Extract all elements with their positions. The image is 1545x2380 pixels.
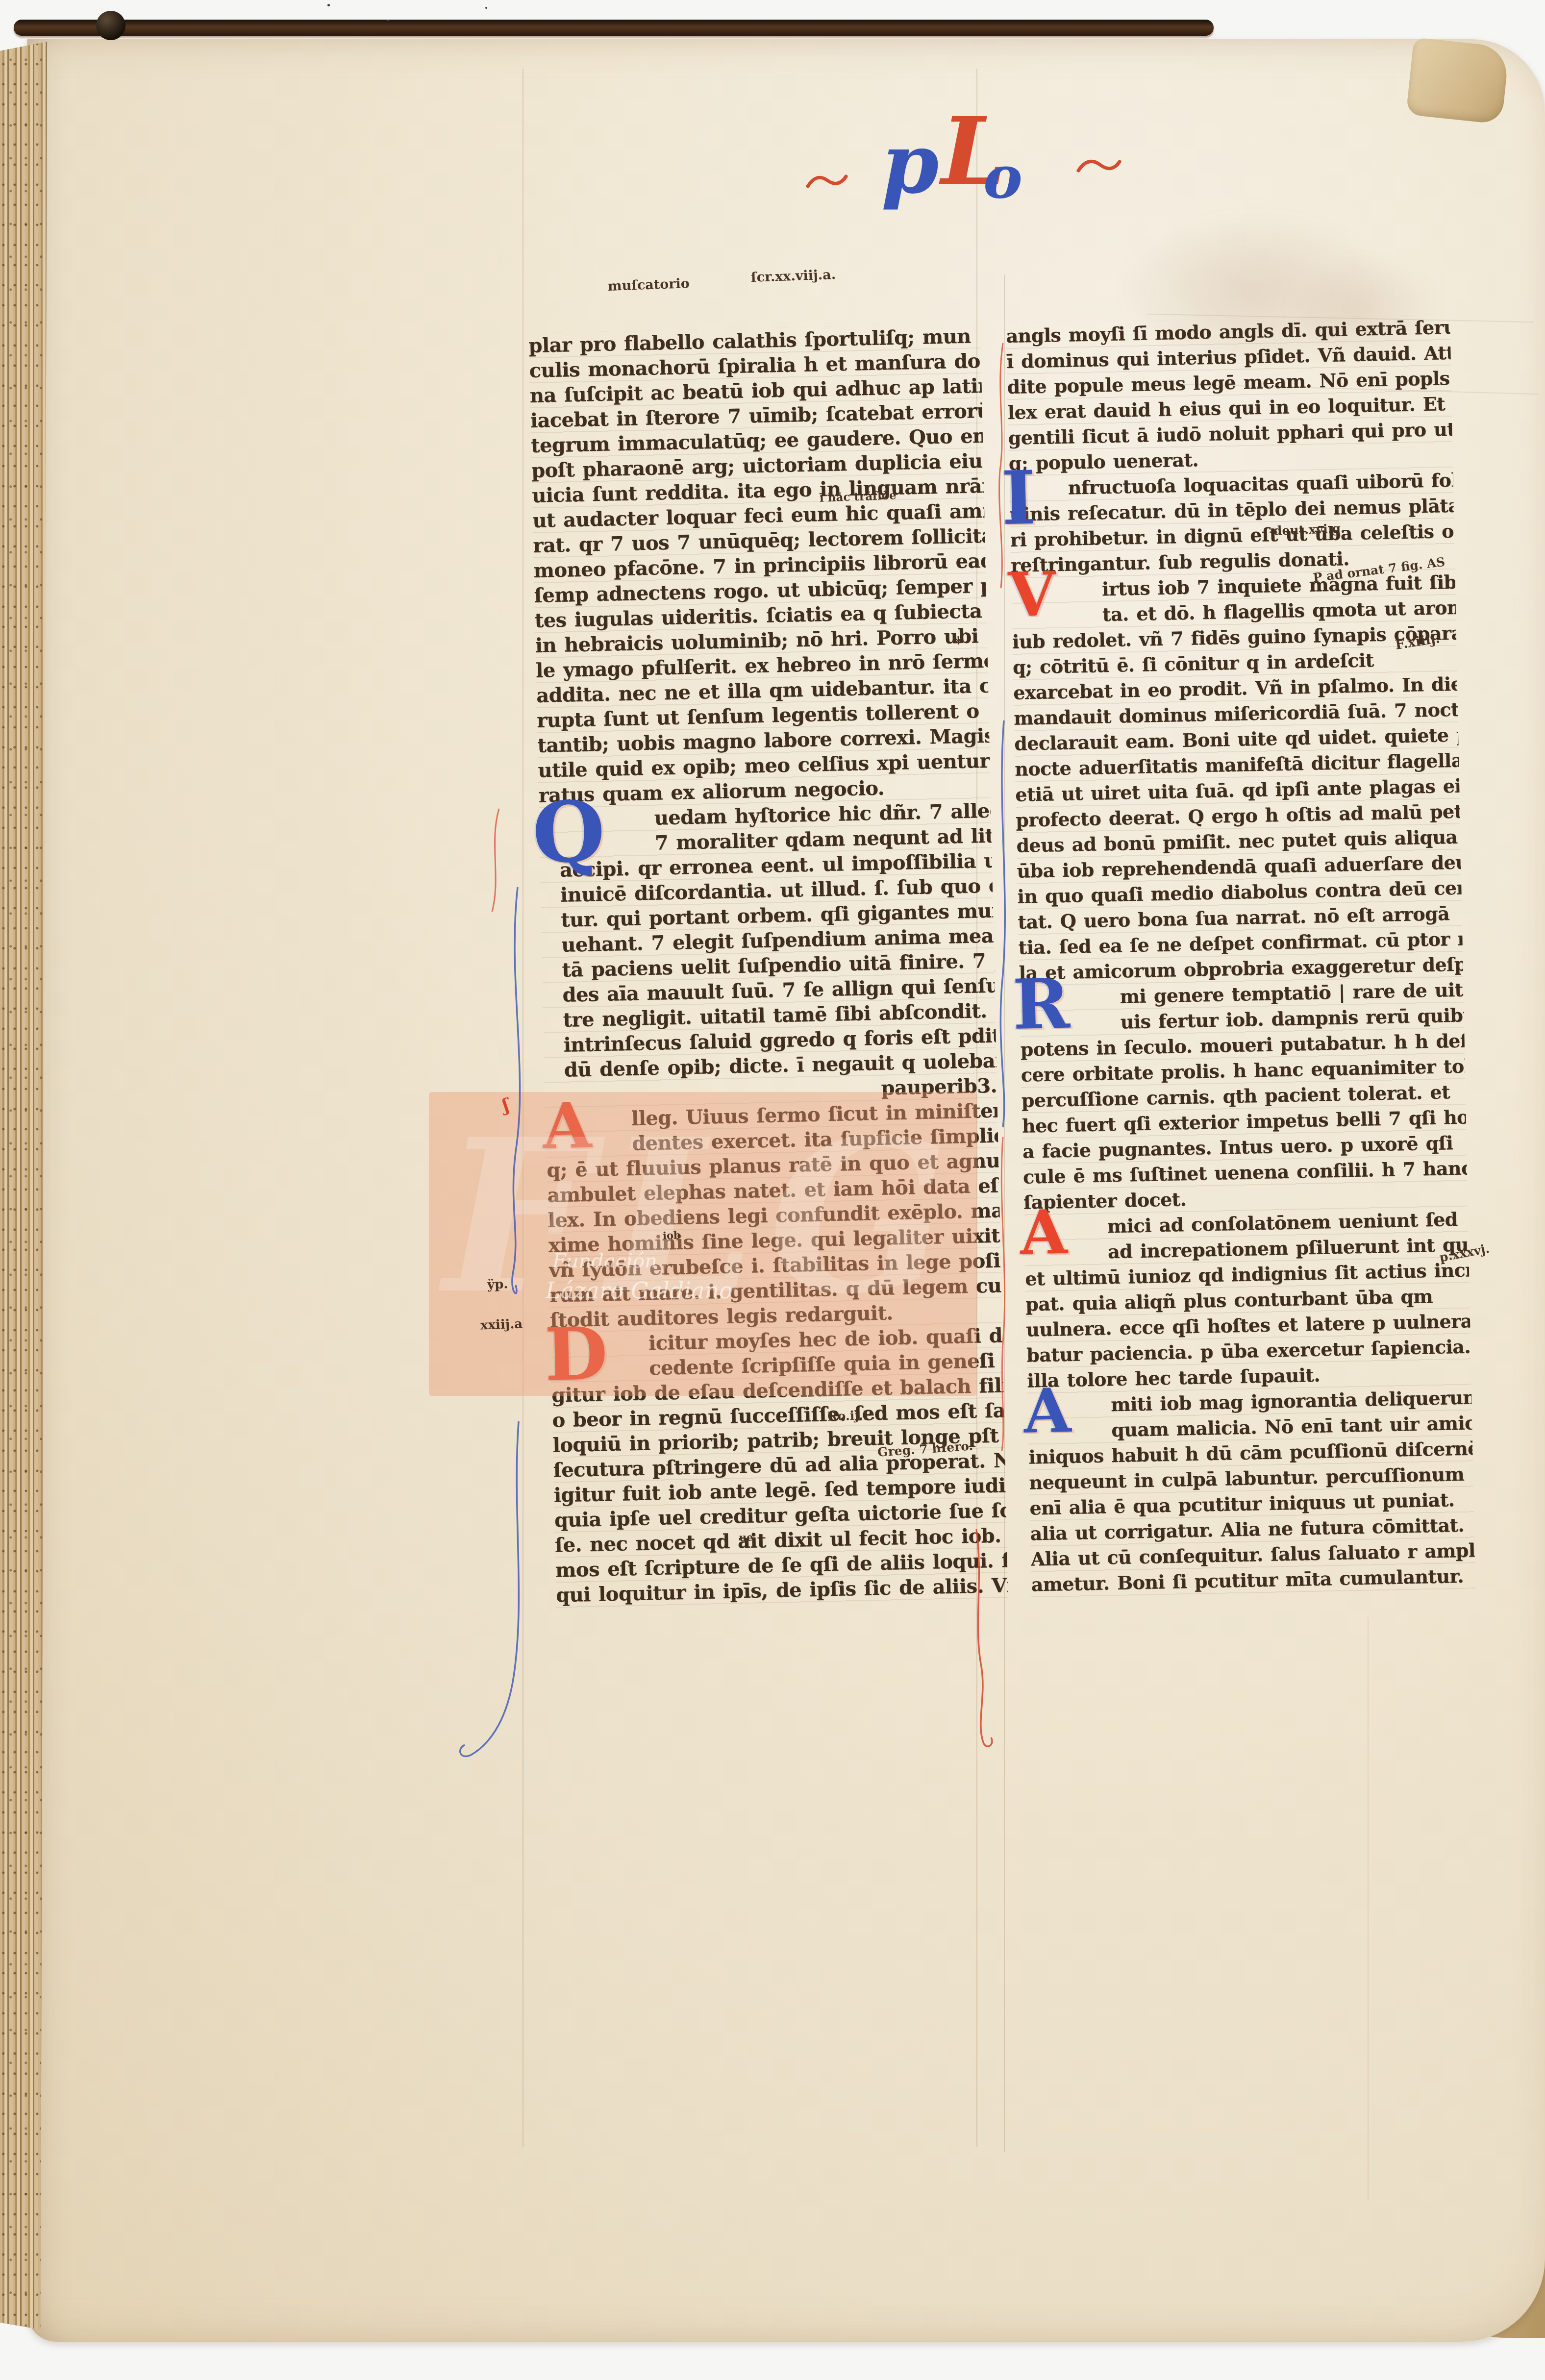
column-right: angls moyſi ſī modo angls dī. qui extrā … — [1006, 315, 1475, 1598]
dust-speck — [485, 7, 487, 9]
dust-speck — [327, 4, 330, 6]
watermark: FLG Fundación Lázaro Galdiano — [429, 1092, 977, 1396]
binding-top-edge — [14, 20, 1214, 36]
illuminated-initial-Q: Q — [532, 798, 606, 868]
illuminated-initial-A: A — [1023, 1386, 1072, 1437]
binding-knob — [96, 11, 125, 40]
illuminated-initial-R: R — [1012, 976, 1070, 1034]
illuminated-initial-A: A — [1020, 1208, 1068, 1259]
running-title: p L o — [799, 117, 1132, 239]
watermark-caption-line2: Lázaro Galdiano — [546, 1277, 733, 1304]
ruling-line-vertical — [1004, 274, 1005, 2152]
running-title-letter-o: o — [983, 148, 1022, 207]
running-title-letter-p: p — [881, 123, 939, 205]
page-stack-fore-edge — [0, 42, 47, 2330]
column-left: plar pro flabello calathis ſportuliſq; m… — [528, 323, 1008, 1608]
illuminated-initial-V: V — [1008, 570, 1056, 620]
dust-speck — [387, 20, 389, 22]
ruling-line-vertical — [1368, 1617, 1369, 2201]
watermark-caption-line1: Fundación — [552, 1250, 657, 1272]
illuminated-initial-I: I — [1001, 468, 1036, 529]
page-edge-top-right-torn — [1406, 37, 1509, 124]
